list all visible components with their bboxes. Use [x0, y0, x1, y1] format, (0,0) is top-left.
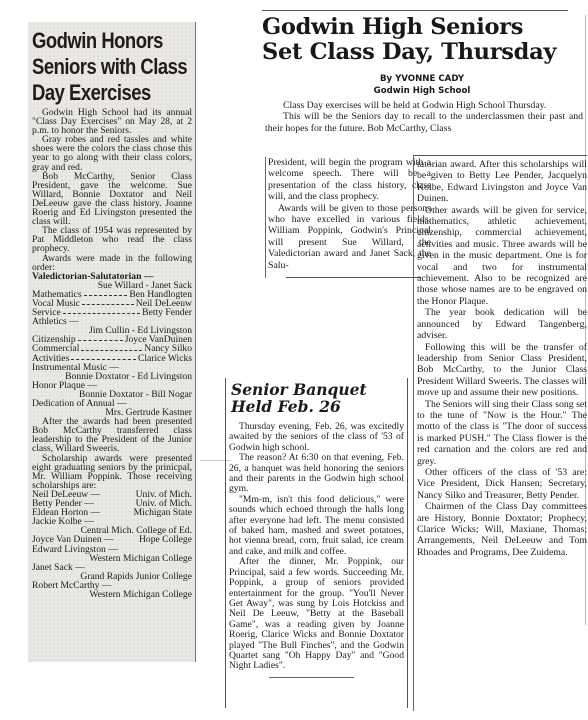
paragraph: Godwin High School had its annual "Class… — [32, 108, 192, 135]
paragraph: After the awards had been presented Bob … — [32, 417, 192, 453]
award-item: Honor Plaque — Bonnie Doxtator - Bill No… — [32, 381, 192, 399]
article-lead: Class Day exercises will be held at Godw… — [265, 100, 583, 134]
paragraph: Thursday evening, Feb. 26, was excitedly… — [229, 422, 404, 453]
scholarship-list: Neil DeLeeuw —Univ. of Mich. Betty Pende… — [32, 490, 192, 599]
paragraph: "Mm-m, isn't this food delicious," were … — [229, 495, 404, 557]
paragraph: Gray robes and red tassles and white sho… — [32, 135, 192, 171]
paragraph: President, will begin the program with a… — [268, 157, 431, 203]
paragraph: Bob McCarthy, Senior Class President, ga… — [32, 172, 192, 227]
awards-list: Valedictorian-Salutatorian — Sue Willard… — [32, 272, 192, 418]
article-body-left: Godwin High School had its annual "Class… — [28, 108, 195, 599]
scholarship-item: Jackie Kolbe —Central Mich. College of E… — [32, 517, 192, 535]
headline-senior-banquet: Senior Banquet Held Feb. 26 — [231, 381, 404, 415]
recipient-school: Western Michigan College — [32, 590, 192, 599]
article-end-rule — [269, 677, 354, 678]
leader-dots — [81, 344, 142, 350]
scholarship-item: Janet Sack —Grand Rapids Junior College — [32, 563, 192, 581]
headline-line: Held Feb. 26 — [231, 398, 404, 415]
article-column-1: President, will begin the program with a… — [265, 157, 431, 278]
award-winner: Betty Fender — [142, 308, 192, 317]
paragraph: Chairmen of the Class Day committees are… — [417, 501, 587, 558]
paragraph: Other officers of the class of '53 are: … — [417, 467, 587, 501]
paragraph: Awards will be given to those persons wh… — [268, 203, 431, 271]
paragraph: After the dinner, Mr. Poppink, our Princ… — [229, 557, 404, 671]
headline-line: Set Class Day, Thursday — [262, 40, 588, 65]
paragraph: tatorian award. After this scholarships … — [417, 159, 587, 205]
byline: By YVONNE CADY Godwin High School — [256, 73, 588, 97]
paragraph: Other awards will be given for service, … — [417, 205, 587, 308]
leader-dots — [63, 308, 140, 314]
article-column-2: tatorian award. After this scholarships … — [413, 155, 587, 711]
headline-line: Senior Banquet — [231, 381, 404, 398]
recipient-school: Hope College — [139, 535, 192, 544]
paragraph: The reason? At 6:30 on that evening, Feb… — [229, 453, 404, 495]
award-item: Instrumental Music — Bonnie Doxtator - E… — [32, 363, 192, 381]
leader-dots — [78, 335, 123, 341]
headline-line: Godwin High Seniors — [262, 15, 588, 40]
article-body-banquet: Thursday evening, Feb. 26, was excitedly… — [229, 422, 404, 672]
byline-author: By YVONNE CADY — [256, 73, 588, 85]
scholarship-item: Robert McCarthy —Western Michigan Colleg… — [32, 581, 192, 599]
paragraph: This will be the Seniors day to recall t… — [265, 111, 583, 134]
column-end-rule — [286, 277, 421, 278]
paragraph: Awards were made in the following order: — [32, 254, 192, 272]
award-item: Dedication of Annual — Mrs. Gertrude Kas… — [32, 399, 192, 417]
paragraph: Scholarship awards were presented eight … — [32, 454, 192, 490]
paragraph: Class Day exercises will be held at Godw… — [265, 100, 583, 111]
top-rule — [262, 10, 568, 11]
leader-dots — [71, 354, 136, 360]
headline-godwin-honors: Godwin Honors Seniors with Class Day Exe… — [32, 28, 199, 106]
headline-godwin-high-seniors: Godwin High Seniors Set Class Day, Thurs… — [262, 15, 588, 65]
award-item: Athletics — Jim Cullin - Ed Livingston — [32, 317, 192, 335]
paragraph: Following this will be the transfer of l… — [417, 342, 587, 399]
award-winner: Clarice Wicks — [138, 354, 192, 363]
leader-dots — [84, 290, 128, 296]
leader-dots — [82, 299, 134, 305]
clipping-senior-banquet: Senior Banquet Held Feb. 26 Thursday eve… — [225, 378, 408, 708]
scholarship-item: Edward Livingston —Western Michigan Coll… — [32, 545, 192, 563]
paragraph: The year book dedication will be announc… — [417, 307, 587, 341]
award-item: Valedictorian-Salutatorian — Sue Willard… — [32, 272, 192, 290]
paragraph: The class of 1954 was represented by Pat… — [32, 226, 192, 253]
paragraph: The Seniors will sing their Class song s… — [417, 399, 587, 467]
clipping-godwin-honors-seniors: Godwin Honors Seniors with Class Day Exe… — [28, 22, 196, 662]
byline-school: Godwin High School — [256, 85, 588, 97]
recipient-school: Michigan State — [134, 508, 192, 517]
